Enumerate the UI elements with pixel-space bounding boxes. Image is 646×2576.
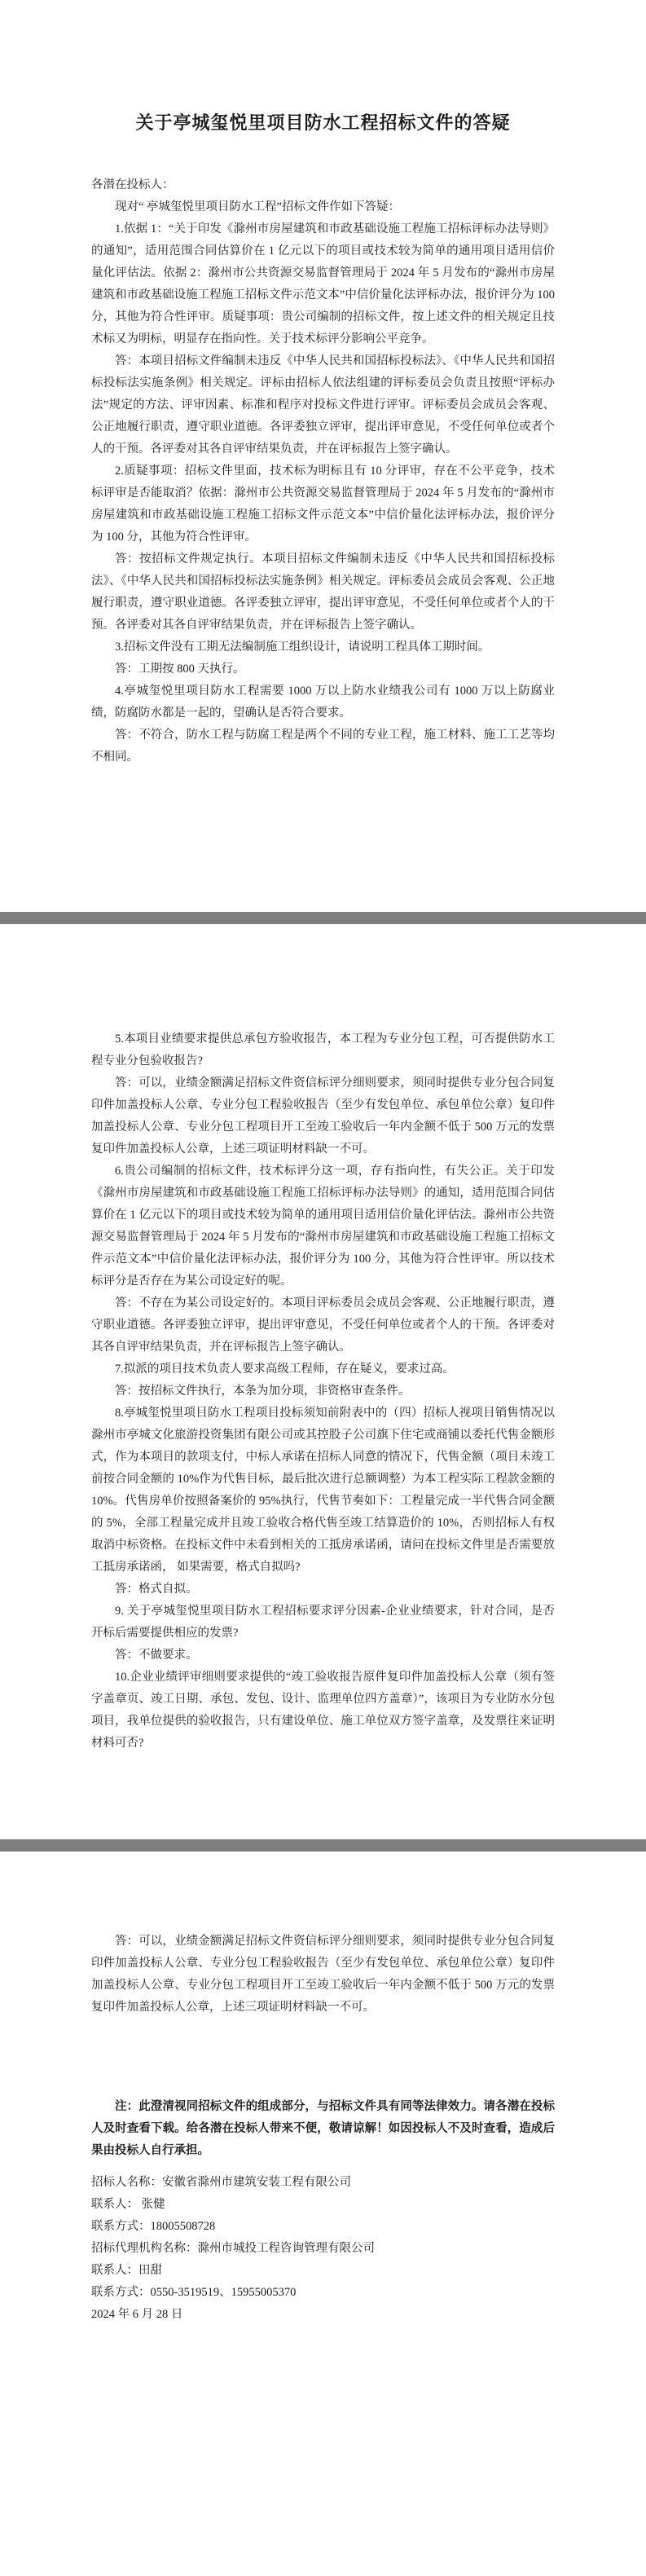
answer-10: 答：可以，业绩金额满足招标文件资信标评分细则要求，须同时提供专业分包合同复印件加… <box>91 1931 555 2019</box>
intro-paragraph: 现对“ 亭城玺悦里项目防水工程”招标文件作如下答疑： <box>91 196 555 218</box>
answer-8: 答：格式自拟。 <box>91 1579 555 1601</box>
question-6: 6.贵公司编制的招标文件，技术标评分这一项，存有指向性，有失公正。关于印发《滁州… <box>91 1160 555 1292</box>
agency-name-line: 招标代理机构名称：滁州市城投工程咨询管理有限公司 <box>91 2238 555 2260</box>
question-10: 10.企业业绩评审细则要求提供的“竣工验收报告原件复印件加盖投标人公章（须有签字… <box>91 1667 555 1755</box>
question-4: 4.亭城玺悦里项目防水工程需要 1000 万以上防水业绩我公司有 1000 万以… <box>91 680 555 724</box>
agency-contact-phone-line: 联系方式：0550-3519519、15955005370 <box>91 2282 555 2304</box>
answer-4: 答：不符合，防水工程与防腐工程是两个不同的专业工程，施工材料、施工工艺等均不相同… <box>91 724 555 768</box>
question-7: 7.拟派的项目技术负责人要求高级工程师，存在疑义，要求过高。 <box>91 1358 555 1380</box>
page-2-content: 5.本项目业绩要求提供总承包方验收报告，本工程为专业分包工程，可否提供防水工程专… <box>91 1028 555 1755</box>
date-line: 2024 年 6 月 28 日 <box>91 2304 555 2326</box>
document-page-1: 关于亭城玺悦里项目防水工程招标文件的答疑 各潜在投标人：现对“ 亭城玺悦里项目防… <box>0 0 646 912</box>
question-1: 1.依据 1：“关于印发《滁州市房屋建筑和市政基础设施工程施工招标评标办法导则》… <box>91 218 555 350</box>
answer-1: 答：本项目招标文件编制未违反《中华人民共和国招标投标法》、《中华人民共和国招标投… <box>91 350 555 460</box>
answer-6: 答：不存在为某公司设定好的。本项目评标委员会成员会客观、公正地履行职责，遵守职业… <box>91 1292 555 1358</box>
answer-5: 答：可以，业绩金额满足招标文件资信标评分细则要求，须同时提供专业分包合同复印件加… <box>91 1072 555 1160</box>
agency-contact-person-line: 联系人：田甜 <box>91 2260 555 2282</box>
bidder-name-line: 招标人名称：安徽省滁州市建筑安装工程有限公司 <box>91 2172 555 2194</box>
question-8: 8.亭城玺悦里项目防水工程项目投标须知前附表中的（四）招标人视项目销售情况以滁州… <box>91 1402 555 1579</box>
note-paragraph: 注：此澄清视同招标文件的组成部分，与招标文件具有同等法律效力。请各潜在投标人及时… <box>91 2096 555 2162</box>
answer-9: 答：不做要求。 <box>91 1645 555 1667</box>
contact-phone-line: 联系方式：18005508728 <box>91 2216 555 2238</box>
document-page-2: 5.本项目业绩要求提供总承包方验收报告，本工程为专业分包工程，可否提供防水工程专… <box>0 924 646 1839</box>
answer-2: 答：按招标文件规定执行。本项目招标文件编制未违反《中华人民共和国招标投标法》、《… <box>91 548 555 636</box>
contact-person-line: 联系人： 张健 <box>91 2194 555 2216</box>
page-3-content: 答：可以，业绩金额满足招标文件资信标评分细则要求，须同时提供专业分包合同复印件加… <box>91 1931 555 2326</box>
document-page-3: 答：可以，业绩金额满足招标文件资信标评分细则要求，须同时提供专业分包合同复印件加… <box>0 1852 646 2576</box>
answer-7: 答：按招标文件执行，本条为加分项，非资格审查条件。 <box>91 1380 555 1402</box>
salutation: 各潜在投标人： <box>91 174 555 196</box>
question-5: 5.本项目业绩要求提供总承包方验收报告，本工程为专业分包工程，可否提供防水工程专… <box>91 1028 555 1072</box>
answer-3: 答：工期按 800 天执行。 <box>91 658 555 680</box>
question-3: 3.招标文件没有工期无法编制施工组织设计，请说明工程具体工期时间。 <box>91 636 555 658</box>
page-separator <box>0 1839 646 1852</box>
question-9: 9. 关于亭城玺悦里项目防水工程招标要求评分因素-企业业绩要求，针对合同，是否开… <box>91 1601 555 1645</box>
document-view: 关于亭城玺悦里项目防水工程招标文件的答疑 各潜在投标人：现对“ 亭城玺悦里项目防… <box>0 0 646 2576</box>
document-title: 关于亭城玺悦里项目防水工程招标文件的答疑 <box>91 111 555 135</box>
page-separator <box>0 912 646 924</box>
question-2: 2.质疑事项：招标文件里面，技术标为明标且有 10 分评审，存在不公平竞争，技术… <box>91 460 555 548</box>
page-1-content: 各潜在投标人：现对“ 亭城玺悦里项目防水工程”招标文件作如下答疑：1.依据 1：… <box>91 174 555 768</box>
